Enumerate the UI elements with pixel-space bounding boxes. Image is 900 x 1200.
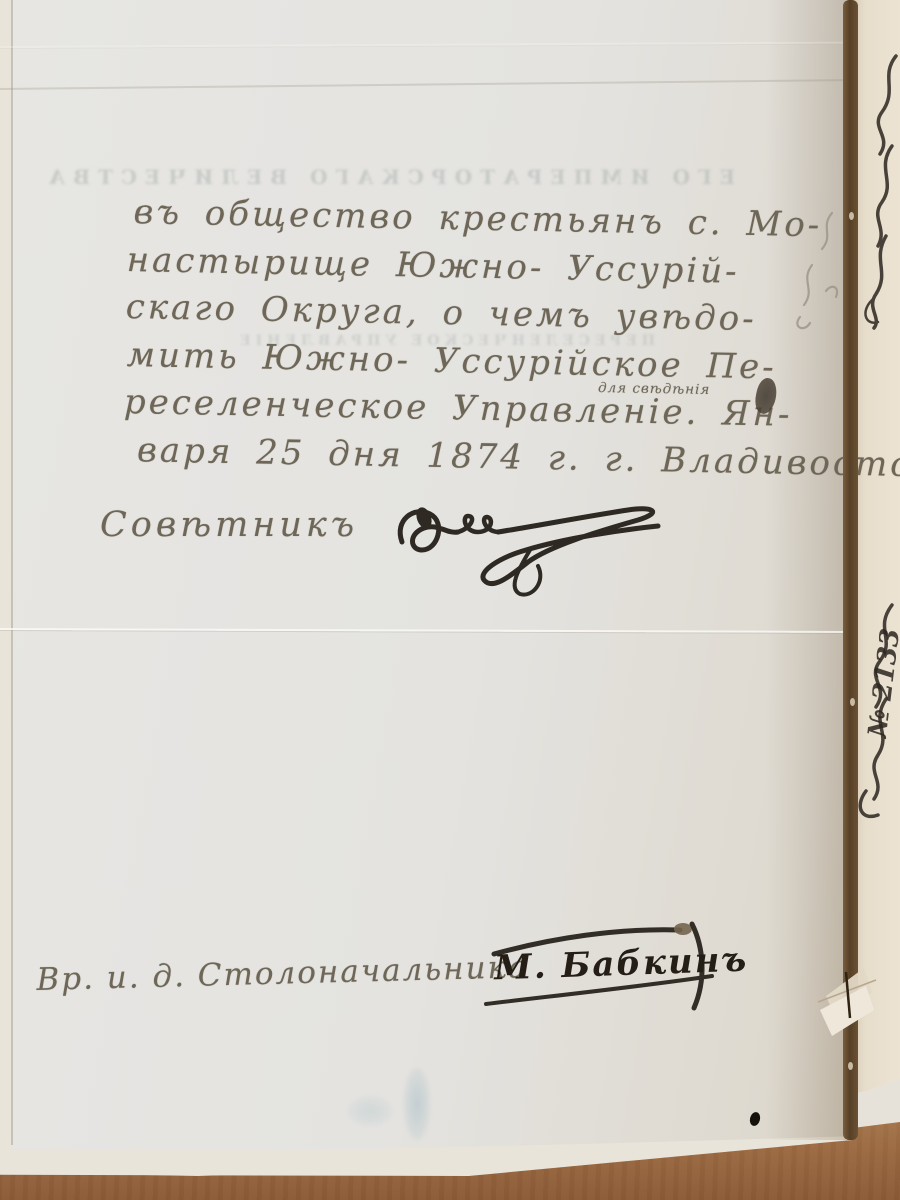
clerk-signature-flourish	[468, 908, 738, 1018]
stitch-hole	[848, 1062, 853, 1070]
archival-document-photo: № 2133 ЕГО ИМПЕРАТОРСКАГО ВЕЛИЧЕСТВА ПЕР…	[0, 0, 900, 1200]
binding-paper-tab	[816, 966, 880, 1044]
blue-ink-smudge	[404, 1068, 430, 1140]
pencil-marginal-marks	[782, 205, 842, 335]
bleedthrough-print-top: ЕГО ИМПЕРАТОРСКАГО ВЕЛИЧЕСТВА	[175, 165, 735, 189]
blue-ink-smudge	[348, 1096, 392, 1126]
left-page-edge	[11, 0, 13, 1145]
closing-title: Совѣтникъ	[100, 505, 358, 545]
official-signature	[380, 486, 680, 606]
interlinear-note: для свѣдѣнія	[598, 380, 711, 398]
stitch-hole	[849, 212, 854, 220]
stitch-hole	[850, 698, 855, 706]
handwritten-body: въ общество крестьянъ с. Мо- настырище Ю…	[123, 192, 848, 491]
marginalia-handwriting-top	[852, 50, 900, 330]
